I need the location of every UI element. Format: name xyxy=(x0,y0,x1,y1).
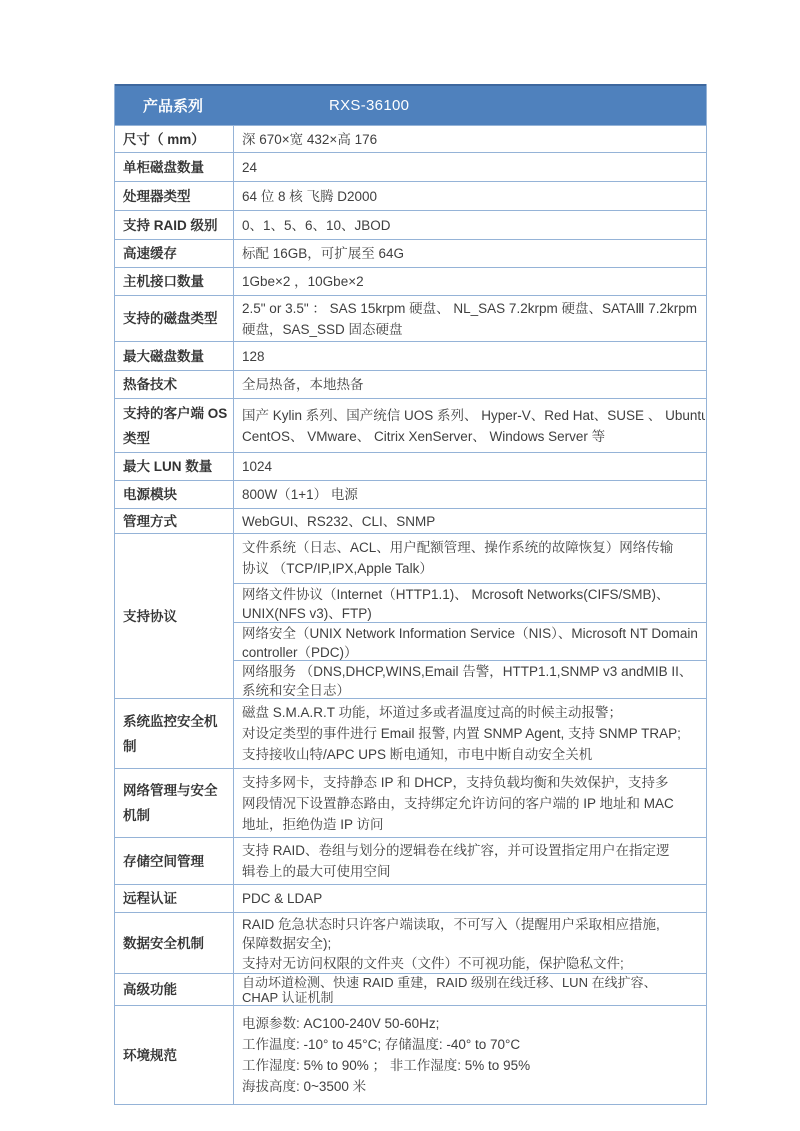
spec-value: 支持多网卡，支持静态 IP 和 DHCP，支持负载均衡和失效保护，支持多网段情况… xyxy=(234,769,706,837)
spec-value-line: 国产 Kylin 系列、国产统信 UOS 系列、 Hyper-V、Red Hat… xyxy=(242,405,705,426)
spec-value-line: RAID 危急状态时只许客户端读取，不可写入（提醒用户采取相应措施, xyxy=(242,914,705,933)
table-row: 电源模块800W（1+1） 电源 xyxy=(115,480,706,508)
spec-value: 标配 16GB，可扩展至 64G xyxy=(234,240,706,267)
spec-label: 尺寸（ mm） xyxy=(115,126,234,152)
spec-value: 128 xyxy=(234,342,706,370)
spec-value: PDC & LDAP xyxy=(234,885,706,912)
spec-label: 网络管理与安全机制 xyxy=(115,769,234,837)
spec-label: 主机接口数量 xyxy=(115,268,234,295)
spec-value: 2.5" or 3.5" ： SAS 15krpm 硬盘、 NL_SAS 7.2… xyxy=(234,296,706,341)
spec-value-line: CHAP 认证机制 xyxy=(242,990,705,1005)
spec-label: 支持的客户端 OS 类型 xyxy=(115,399,234,452)
spec-value-line: 辑卷上的最大可使用空间 xyxy=(242,861,705,882)
spec-label: 存储空间管理 xyxy=(115,838,234,884)
spec-label: 系统监控安全机制 xyxy=(115,699,234,768)
spec-value: 1024 xyxy=(234,453,706,480)
spec-label: 热备技术 xyxy=(115,371,234,398)
table-row: 支持协议文件系统（日志、ACL、用户配额管理、操作系统的故障恢复）网络传输协议 … xyxy=(115,533,706,698)
table-row: 存储空间管理支持 RAID、卷组与划分的逻辑卷在线扩容，并可设置指定用户在指定逻… xyxy=(115,837,706,884)
spec-value-line: 自动坏道检测、快速 RAID 重建，RAID 级别在线迁移、LUN 在线扩容、 xyxy=(242,975,705,990)
spec-value-line: 支持 RAID、卷组与划分的逻辑卷在线扩容，并可设置指定用户在指定逻 xyxy=(242,840,705,861)
table-row: 支持 RAID 级别0、1、5、6、10、JBOD xyxy=(115,210,706,239)
table-row: 最大 LUN 数量1024 xyxy=(115,452,706,480)
table-row: 高级功能自动坏道检测、快速 RAID 重建，RAID 级别在线迁移、LUN 在线… xyxy=(115,973,706,1005)
spec-value-line: 地址，拒绝伪造 IP 访问 xyxy=(242,814,705,835)
spec-label: 处理器类型 xyxy=(115,182,234,210)
spec-label: 环境规范 xyxy=(115,1006,234,1104)
spec-value-line: 工作温度: -10° to 45°C; 存储温度: -40° to 70°C xyxy=(242,1034,705,1055)
spec-label: 最大磁盘数量 xyxy=(115,342,234,370)
spec-label: 最大 LUN 数量 xyxy=(115,453,234,480)
table-row: 主机接口数量1Gbe×2 ，10Gbe×2 xyxy=(115,267,706,295)
spec-value-line: 深 670×宽 432×高 176 xyxy=(242,129,705,150)
spec-value-line: 网络服务 （DNS,DHCP,WINS,Email 告警，HTTP1.1,SNM… xyxy=(242,661,706,679)
spec-value: 全局热备，本地热备 xyxy=(234,371,706,398)
spec-value-line: 64 位 8 核 飞腾 D2000 xyxy=(242,186,705,207)
spec-value: RAID 危急状态时只许客户端读取，不可写入（提醒用户采取相应措施,保障数据安全… xyxy=(234,913,706,973)
spec-label: 支持 RAID 级别 xyxy=(115,211,234,239)
spec-value-line: 网段情况下设置静态路由，支持绑定允许访问的客户端的 IP 地址和 MAC xyxy=(242,793,705,814)
table-row: 网络管理与安全机制支持多网卡，支持静态 IP 和 DHCP，支持负载均衡和失效保… xyxy=(115,768,706,837)
spec-value-line: 电源参数: AC100-240V 50-60Hz; xyxy=(242,1013,705,1034)
table-row: 尺寸（ mm）深 670×宽 432×高 176 xyxy=(115,125,706,152)
spec-value-line: 1Gbe×2 ，10Gbe×2 xyxy=(242,271,705,292)
spec-value-line: controller（PDC)） xyxy=(242,642,706,660)
spec-value: 支持 RAID、卷组与划分的逻辑卷在线扩容，并可设置指定用户在指定逻辑卷上的最大… xyxy=(234,838,706,884)
spec-value: 文件系统（日志、ACL、用户配额管理、操作系统的故障恢复）网络传输协议 （TCP… xyxy=(234,534,706,698)
spec-subrow: 网络文件协议（Internet（HTTP1.1)、 Mcrosoft Netwo… xyxy=(234,583,706,623)
spec-value-line: 硬盘，SAS_SSD 固态硬盘 xyxy=(242,319,705,340)
spec-label: 远程认证 xyxy=(115,885,234,912)
spec-value: 0、1、5、6、10、JBOD xyxy=(234,211,706,239)
table-header-row: 产品系列 RXS-36100 xyxy=(115,84,706,125)
table-row: 最大磁盘数量128 xyxy=(115,341,706,370)
spec-label: 支持协议 xyxy=(115,534,234,698)
spec-value-line: 24 xyxy=(242,157,705,178)
spec-value-line: 对设定类型的事件进行 Email 报警, 内置 SNMP Agent, 支持 S… xyxy=(242,723,705,744)
spec-value-line: 0、1、5、6、10、JBOD xyxy=(242,215,705,236)
table-row: 环境规范电源参数: AC100-240V 50-60Hz;工作温度: -10° … xyxy=(115,1005,706,1104)
spec-value-line: 工作湿度: 5% to 90% ； 非工作湿度: 5% to 95% xyxy=(242,1055,705,1076)
spec-value-line: 保障数据安全); xyxy=(242,933,705,952)
spec-label: 管理方式 xyxy=(115,509,234,533)
spec-value: WebGUI、RS232、CLI、SNMP xyxy=(234,509,706,533)
spec-subrow: 网络服务 （DNS,DHCP,WINS,Email 告警，HTTP1.1,SNM… xyxy=(234,660,706,698)
table-row: 管理方式WebGUI、RS232、CLI、SNMP xyxy=(115,508,706,533)
spec-value: 国产 Kylin 系列、国产统信 UOS 系列、 Hyper-V、Red Hat… xyxy=(234,399,706,452)
product-spec-table: 产品系列 RXS-36100 尺寸（ mm）深 670×宽 432×高 176单… xyxy=(114,84,707,1105)
spec-subrow: 文件系统（日志、ACL、用户配额管理、操作系统的故障恢复）网络传输协议 （TCP… xyxy=(234,534,706,583)
spec-value-line: 标配 16GB，可扩展至 64G xyxy=(242,243,705,264)
spec-value-line: 1024 xyxy=(242,456,705,477)
spec-value-line: 文件系统（日志、ACL、用户配额管理、操作系统的故障恢复）网络传输 xyxy=(242,537,706,558)
spec-value-line: 协议 （TCP/IP,IPX,Apple Talk） xyxy=(242,558,706,579)
spec-label: 数据安全机制 xyxy=(115,913,234,973)
spec-value-line: 全局热备，本地热备 xyxy=(242,374,705,395)
spec-value-line: UNIX(NFS v3)、FTP) xyxy=(242,603,706,622)
table-row: 支持的客户端 OS 类型国产 Kylin 系列、国产统信 UOS 系列、 Hyp… xyxy=(115,398,706,452)
spec-label: 电源模块 xyxy=(115,481,234,508)
spec-value: 64 位 8 核 飞腾 D2000 xyxy=(234,182,706,210)
spec-label: 单柜磁盘数量 xyxy=(115,153,234,181)
spec-label: 支持的磁盘类型 xyxy=(115,296,234,341)
spec-value-line: 2.5" or 3.5" ： SAS 15krpm 硬盘、 NL_SAS 7.2… xyxy=(242,298,705,319)
spec-value-line: 海拔高度: 0~3500 米 xyxy=(242,1076,705,1097)
spec-value-line: CentOS、 VMware、 Citrix XenServer、 Window… xyxy=(242,426,705,447)
spec-value-line: PDC & LDAP xyxy=(242,888,705,909)
spec-value-line: 支持对无访问权限的文件夹（文件）不可视功能，保护隐私文件; xyxy=(242,953,705,972)
spec-value-line: 磁盘 S.M.A.R.T 功能，坏道过多或者温度过高的时候主动报警； xyxy=(242,702,705,723)
spec-label: 高速缓存 xyxy=(115,240,234,267)
table-row: 高速缓存标配 16GB，可扩展至 64G xyxy=(115,239,706,267)
table-row: 处理器类型64 位 8 核 飞腾 D2000 xyxy=(115,181,706,210)
header-model-name: RXS-36100 xyxy=(234,97,409,114)
table-row: 单柜磁盘数量24 xyxy=(115,152,706,181)
spec-value-line: WebGUI、RS232、CLI、SNMP xyxy=(242,511,705,532)
spec-value-line: 网络安全（UNIX Network Information Service（NI… xyxy=(242,623,706,641)
table-body: 尺寸（ mm）深 670×宽 432×高 176单柜磁盘数量24处理器类型64 … xyxy=(115,125,706,1104)
spec-value: 磁盘 S.M.A.R.T 功能，坏道过多或者温度过高的时候主动报警；对设定类型的… xyxy=(234,699,706,768)
spec-value: 24 xyxy=(234,153,706,181)
spec-value-line: 系统和安全日志） xyxy=(242,680,706,698)
header-series-label: 产品系列 xyxy=(115,95,234,116)
spec-value-line: 支持多网卡，支持静态 IP 和 DHCP，支持负载均衡和失效保护，支持多 xyxy=(242,772,705,793)
spec-value-line: 网络文件协议（Internet（HTTP1.1)、 Mcrosoft Netwo… xyxy=(242,584,706,603)
table-row: 远程认证PDC & LDAP xyxy=(115,884,706,912)
spec-value: 自动坏道检测、快速 RAID 重建，RAID 级别在线迁移、LUN 在线扩容、C… xyxy=(234,974,706,1005)
spec-value: 电源参数: AC100-240V 50-60Hz;工作温度: -10° to 4… xyxy=(234,1006,706,1104)
spec-value-line: 支持接收山特/APC UPS 断电通知，市电中断自动安全关机 xyxy=(242,744,705,765)
spec-label: 高级功能 xyxy=(115,974,234,1005)
table-row: 系统监控安全机制磁盘 S.M.A.R.T 功能，坏道过多或者温度过高的时候主动报… xyxy=(115,698,706,768)
spec-subrow: 网络安全（UNIX Network Information Service（NI… xyxy=(234,622,706,660)
spec-value: 800W（1+1） 电源 xyxy=(234,481,706,508)
table-row: 数据安全机制RAID 危急状态时只许客户端读取，不可写入（提醒用户采取相应措施,… xyxy=(115,912,706,973)
spec-value: 1Gbe×2 ，10Gbe×2 xyxy=(234,268,706,295)
spec-value: 深 670×宽 432×高 176 xyxy=(234,126,706,152)
spec-value-line: 128 xyxy=(242,346,705,367)
table-row: 热备技术全局热备，本地热备 xyxy=(115,370,706,398)
document-page: 产品系列 RXS-36100 尺寸（ mm）深 670×宽 432×高 176单… xyxy=(0,0,800,1131)
table-row: 支持的磁盘类型2.5" or 3.5" ： SAS 15krpm 硬盘、 NL_… xyxy=(115,295,706,341)
spec-value-line: 800W（1+1） 电源 xyxy=(242,484,705,505)
